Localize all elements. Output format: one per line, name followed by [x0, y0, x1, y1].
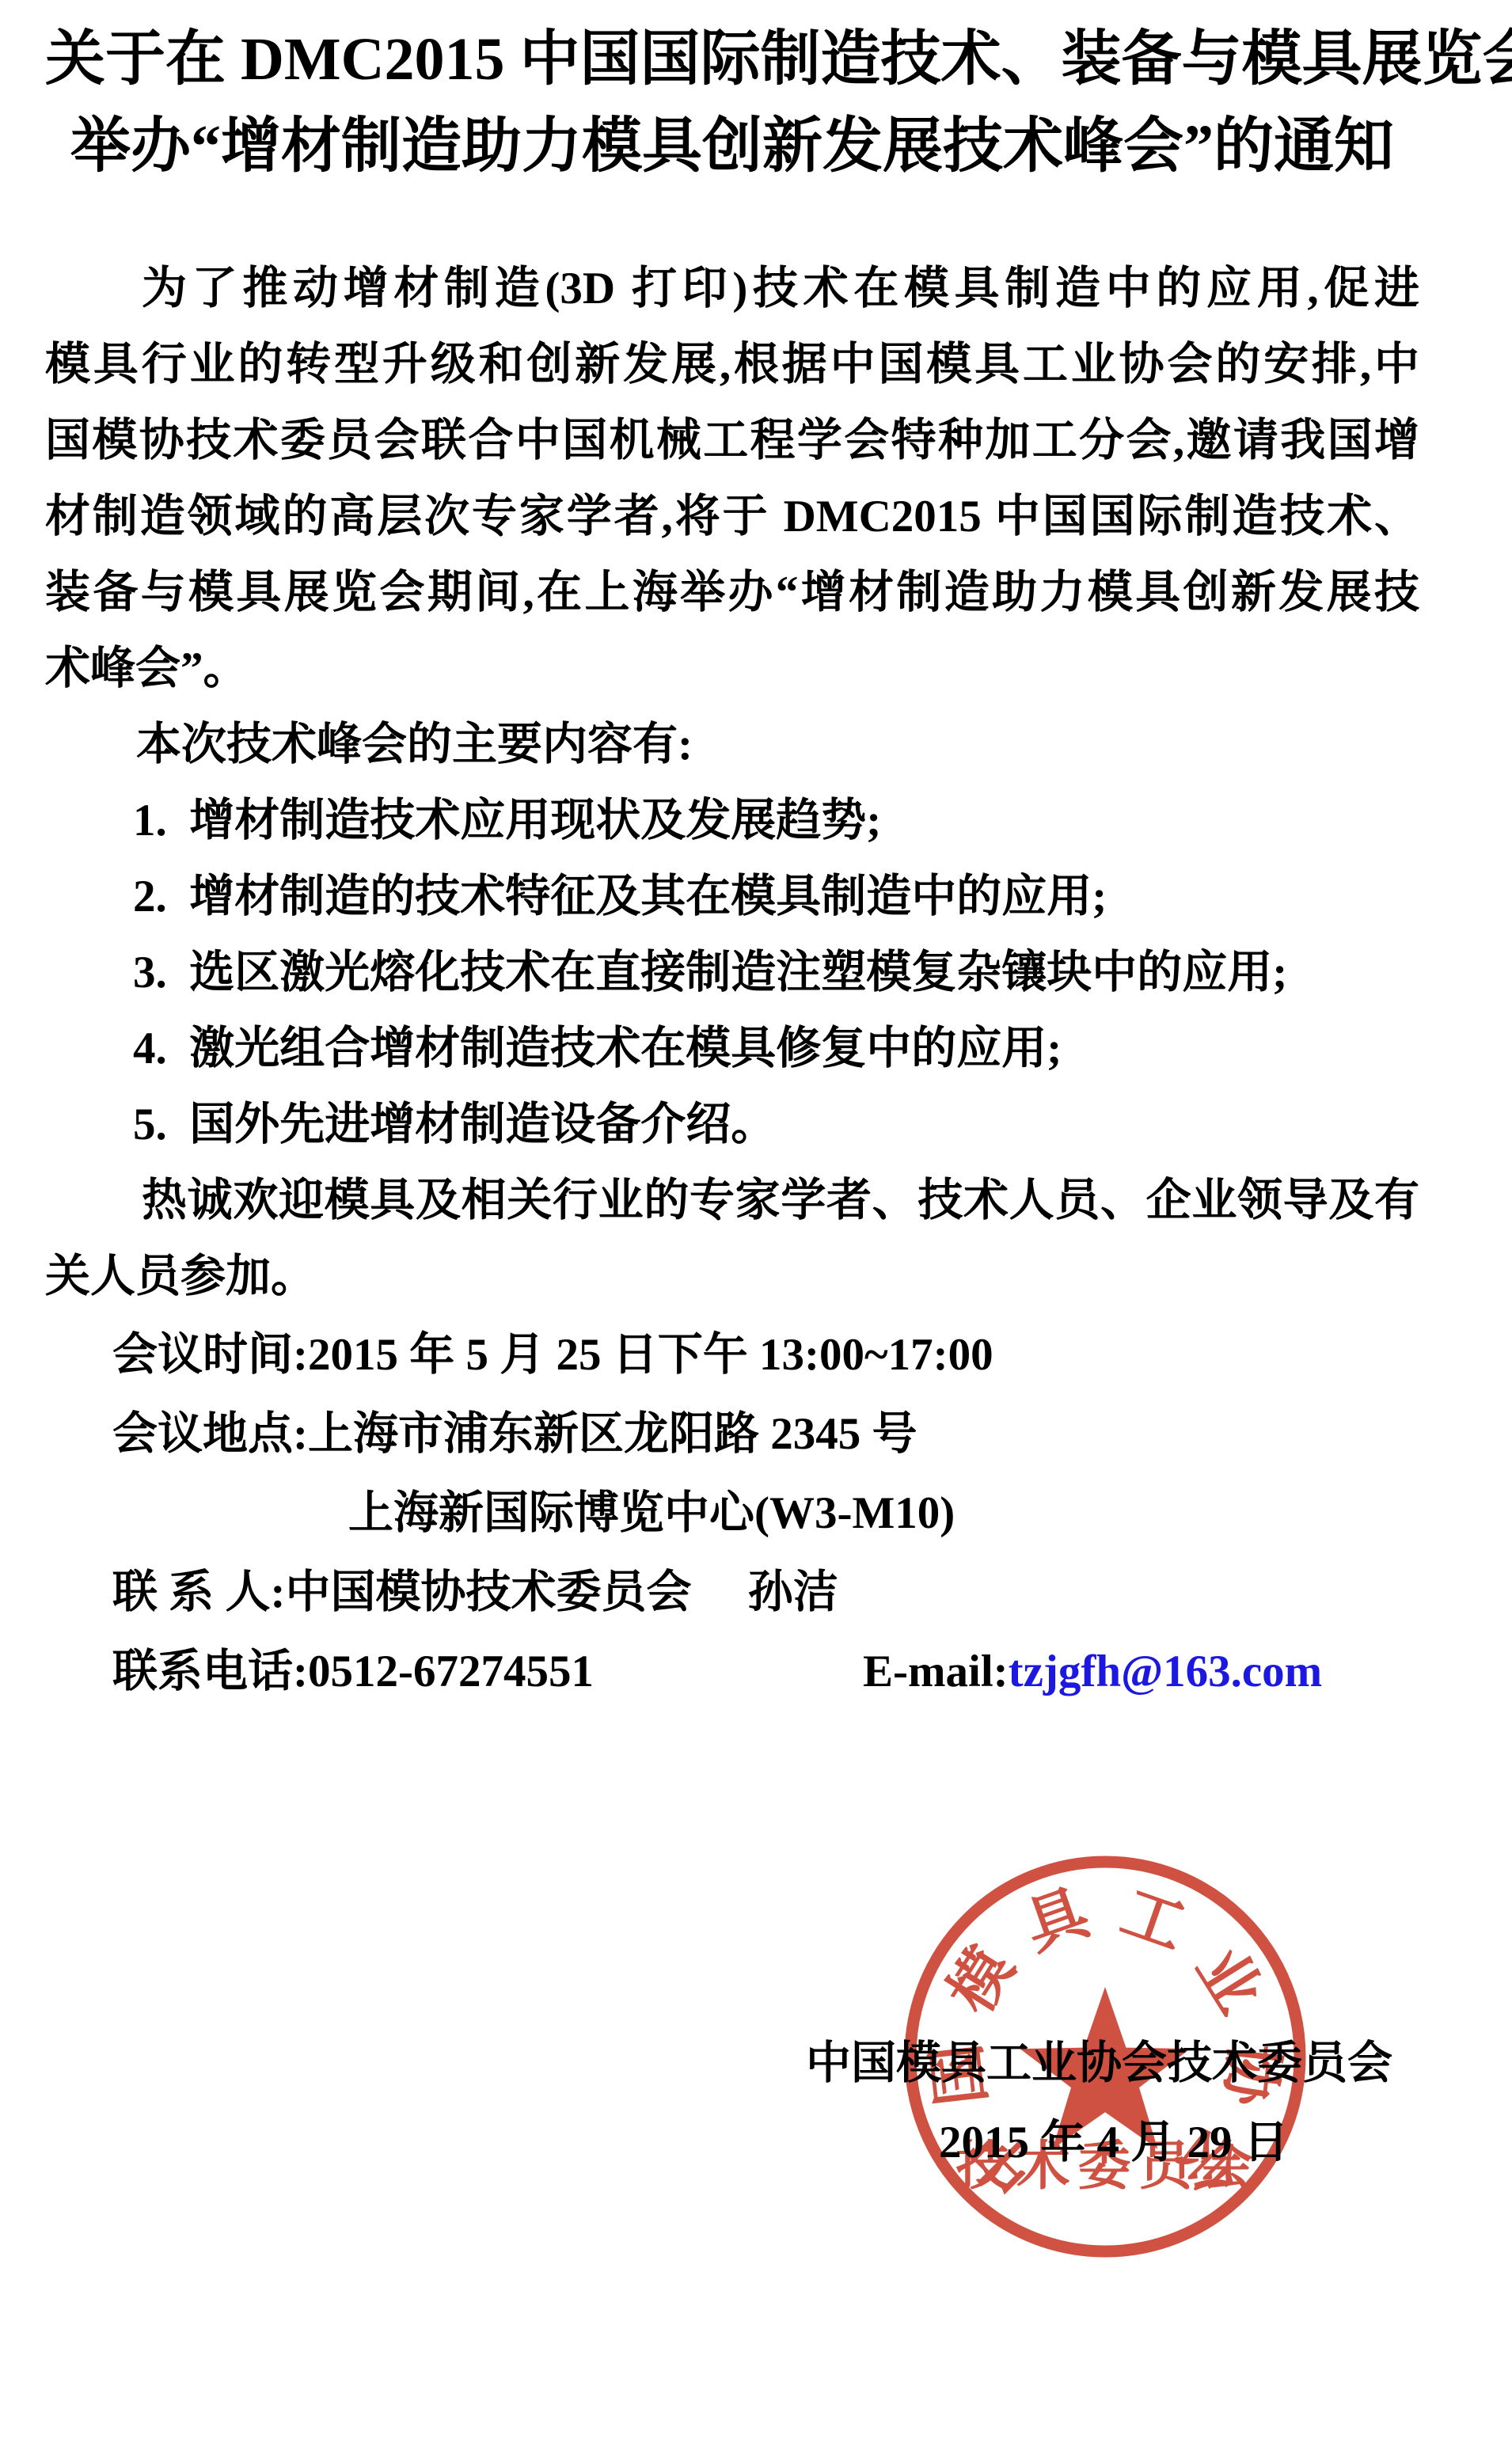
stamp-ring-char: 工: [1113, 1877, 1194, 1962]
agenda-item: 4. 激光组合增材制造技术在模具修复中的应用;: [133, 1011, 1062, 1087]
title-line-2: 举办“增材制造助力模具创新发展技术峰会”的通知: [45, 103, 1419, 190]
meeting-place-line-2: 上海新国际博览中心(W3-M10): [348, 1476, 955, 1552]
intro-line: 国模协技术委员会联合中国机械工程学会特种加工分会,邀请我国增: [45, 403, 1419, 479]
intro-line: 装备与模具展览会期间,在上海举办“增材制造助力模具创新发展技: [45, 555, 1419, 631]
agenda-item: 5. 国外先进增材制造设备介绍。: [133, 1087, 776, 1163]
stamp-ring-char: 具: [1016, 1876, 1100, 1962]
meeting-time-line: 会议时间:2015 年 5 月 25 日下午 13:00~17:00: [112, 1317, 993, 1393]
phone-number: 联系电话:0512-67274551: [112, 1647, 594, 1696]
agenda-item: 3. 选区激光熔化技术在直接制造注塑模复杂镶块中的应用;: [133, 935, 1287, 1011]
intro-line: 为了推动增材制造(3D 打印)技术在模具制造中的应用,促进: [45, 251, 1419, 327]
intro-line: 模具行业的转型升级和创新发展,根据中国模具工业协会的安排,中: [45, 327, 1419, 403]
intro-line: 术峰会”。: [45, 631, 249, 707]
agenda-item: 1. 增材制造技术应用现状及发展趋势;: [133, 783, 881, 859]
title-line-1: 关于在 DMC2015 中国国际制造技术、装备与模具展览会期间: [45, 16, 1419, 103]
signature-date: 2015 年 4 月 29 日: [939, 2105, 1289, 2181]
phone-email-line: 联系电话:0512-67274551 E-mail:tzjgfh@163.com: [112, 1634, 594, 1710]
intro-line: 材制造领域的高层次专家学者,将于 DMC2015 中国国际制造技术、: [45, 479, 1419, 555]
notice-document-page: 技术委员会 中国模具工业协会 关于在 DMC2015 中国国际制造技术、装备与模…: [0, 0, 1512, 2454]
meeting-place-line: 会议地点:上海市浦东新区龙阳路 2345 号: [112, 1396, 917, 1472]
welcome-line: 热诚欢迎模具及相关行业的专家学者、技术人员、企业领导及有: [45, 1163, 1419, 1239]
email-link[interactable]: tzjgfh@163.com: [1009, 1647, 1323, 1696]
agenda-item: 2. 增材制造的技术特征及其在模具制造中的应用;: [133, 859, 1107, 935]
email-label: E-mail:: [863, 1647, 1009, 1696]
signature-org: 中国模具工业协会技术委员会: [806, 2026, 1392, 2102]
email-block: E-mail:tzjgfh@163.com: [863, 1634, 1322, 1710]
welcome-line: 关人员参加。: [45, 1239, 316, 1315]
agenda-heading: 本次技术峰会的主要内容有:: [136, 707, 693, 783]
contact-person-line: 联 系 人:中国模协技术委员会 孙洁: [112, 1555, 838, 1631]
